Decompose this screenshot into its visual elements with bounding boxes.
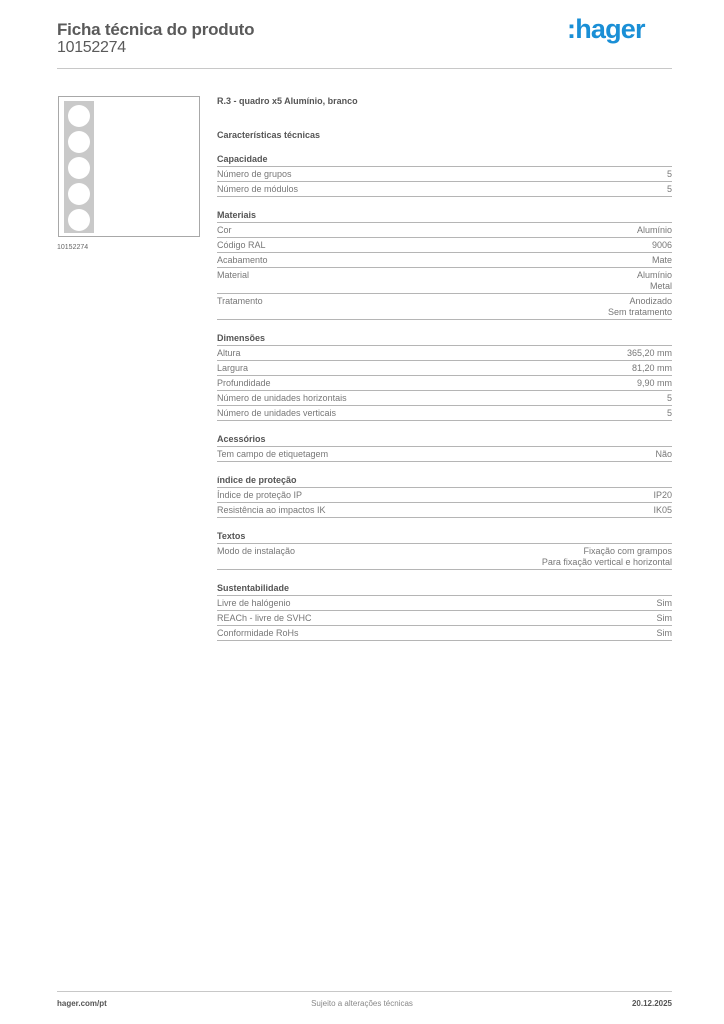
spec-row: Profundidade9,90 mm [217,376,672,391]
spec-row: Largura81,20 mm [217,361,672,376]
spec-row: MaterialAlumínio Metal [217,268,672,294]
spec-label: Tratamento [217,296,263,318]
spec-group: DimensõesAltura365,20 mmLargura81,20 mmP… [217,332,672,421]
frame-hole [68,157,90,179]
spec-row: Número de módulos5 [217,182,672,197]
spec-label: Número de módulos [217,184,298,195]
spec-label: Índice de proteção IP [217,490,302,501]
hager-logo: :hager [567,14,645,45]
frame-hole [68,209,90,231]
spec-row: CorAlumínio [217,223,672,238]
spec-value: 5 [667,169,672,180]
spec-value: IP20 [653,490,672,501]
spec-label: Livre de halógenio [217,598,291,609]
spec-row: REACh - livre de SVHCSim [217,611,672,626]
spec-value: IK05 [653,505,672,516]
spec-content: R.3 - quadro x5 Alumínio, branco Caracte… [217,95,672,641]
frame-hole [68,183,90,205]
spec-value: 9006 [652,240,672,251]
spec-row: Altura365,20 mm [217,346,672,361]
spec-row: Índice de proteção IPIP20 [217,488,672,503]
spec-value: Alumínio Metal [637,270,672,292]
spec-group-title: Textos [217,530,672,544]
spec-value: 5 [667,408,672,419]
section-title: Características técnicas [217,129,672,141]
spec-row: Resistência ao impactos IKIK05 [217,503,672,518]
spec-label: Material [217,270,249,292]
spec-label: Modo de instalação [217,546,295,568]
spec-group: TextosModo de instalaçãoFixação com gram… [217,530,672,570]
spec-label: Acabamento [217,255,268,266]
spec-label: Número de unidades horizontais [217,393,347,404]
product-name: R.3 - quadro x5 Alumínio, branco [217,95,672,109]
spec-label: REACh - livre de SVHC [217,613,312,624]
spec-row: Conformidade RoHsSim [217,626,672,641]
spec-value: Sim [657,598,673,609]
spec-group-title: Capacidade [217,153,672,167]
spec-group-title: índice de proteção [217,474,672,488]
spec-label: Resistência ao impactos IK [217,505,326,516]
spec-row: Número de unidades verticais5 [217,406,672,421]
spec-value: Anodizado Sem tratamento [608,296,672,318]
page-title: Ficha técnica do produto [57,20,254,40]
product-number: 10152274 [57,39,126,57]
spec-row: AcabamentoMate [217,253,672,268]
product-image [58,96,200,237]
footer-divider [57,991,672,992]
spec-value: Fixação com grampos Para fixação vertica… [542,546,672,568]
spec-label: Conformidade RoHs [217,628,299,639]
spec-value: 5 [667,184,672,195]
product-frame-icon [64,101,94,233]
spec-row: TratamentoAnodizado Sem tratamento [217,294,672,320]
spec-row: Livre de halógenioSim [217,596,672,611]
spec-value: Sim [657,628,673,639]
spec-groups: CapacidadeNúmero de grupos5Número de mód… [217,153,672,641]
spec-value: 5 [667,393,672,404]
spec-label: Cor [217,225,232,236]
spec-row: Tem campo de etiquetagemNão [217,447,672,462]
spec-value: Sim [657,613,673,624]
spec-group: índice de proteçãoÍndice de proteção IPI… [217,474,672,518]
spec-group: MateriaisCorAlumínioCódigo RAL9006Acabam… [217,209,672,320]
spec-group: CapacidadeNúmero de grupos5Número de mód… [217,153,672,197]
header-divider [57,68,672,69]
spec-label: Tem campo de etiquetagem [217,449,328,460]
spec-row: Número de unidades horizontais5 [217,391,672,406]
spec-value: 365,20 mm [627,348,672,359]
spec-label: Número de unidades verticais [217,408,336,419]
spec-group-title: Dimensões [217,332,672,346]
spec-group: SustentabilidadeLivre de halógenioSimREA… [217,582,672,641]
spec-group-title: Acessórios [217,433,672,447]
frame-hole [68,105,90,127]
product-image-caption: 10152274 [57,244,88,251]
spec-row: Número de grupos5 [217,167,672,182]
spec-value: 81,20 mm [632,363,672,374]
spec-label: Profundidade [217,378,271,389]
spec-label: Altura [217,348,241,359]
spec-row: Modo de instalaçãoFixação com grampos Pa… [217,544,672,570]
frame-hole [68,131,90,153]
footer-disclaimer: Sujeito a alterações técnicas [0,999,724,1008]
spec-value: 9,90 mm [637,378,672,389]
spec-value: Mate [652,255,672,266]
spec-group: AcessóriosTem campo de etiquetagemNão [217,433,672,462]
spec-row: Código RAL9006 [217,238,672,253]
spec-value: Não [655,449,672,460]
spec-value: Alumínio [637,225,672,236]
spec-label: Número de grupos [217,169,292,180]
spec-label: Código RAL [217,240,266,251]
spec-group-title: Sustentabilidade [217,582,672,596]
footer-date: 20.12.2025 [632,999,672,1008]
spec-group-title: Materiais [217,209,672,223]
spec-label: Largura [217,363,248,374]
